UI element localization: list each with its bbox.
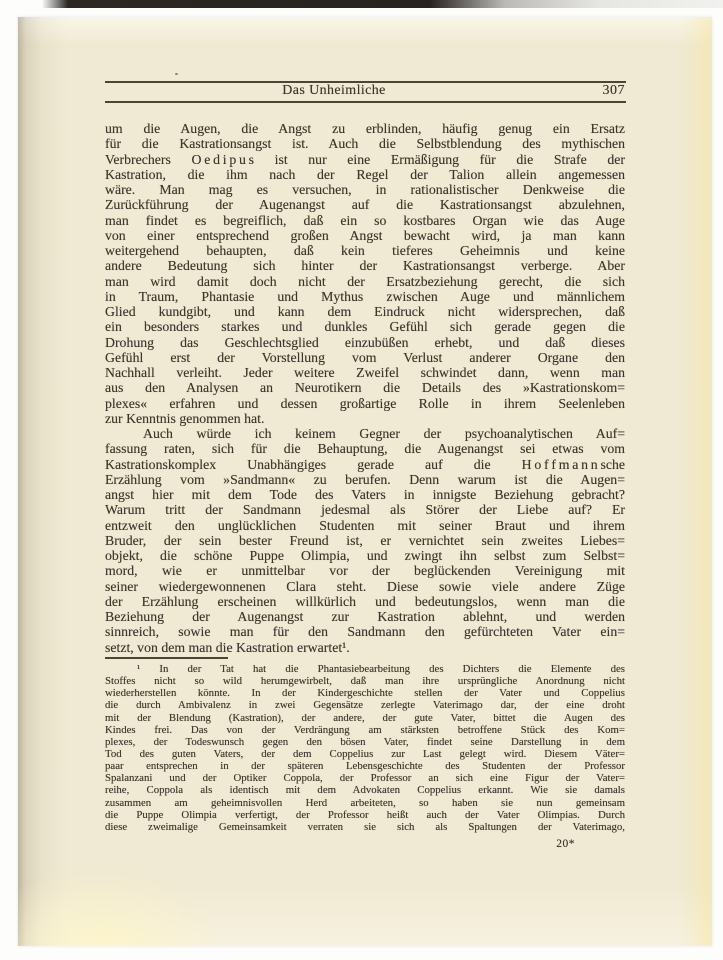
footnote-line: die durch Ambivalenz in zwei Gegensätze …: [105, 699, 625, 711]
footnote-line: Kindes frei. Das von der Verdrängung am …: [105, 724, 625, 736]
text-line: plexes« erfahren und dessen großartige R…: [105, 396, 625, 411]
footnote-separator: [105, 657, 228, 659]
text-line: Glied kundgibt, und kann dem Eindruck ni…: [105, 304, 625, 319]
text-line: Beziehung der Augenangst zur Kastration …: [105, 609, 625, 624]
page-sheet: Das Unheimliche 307 um die Augen, die An…: [18, 17, 712, 946]
text-line: Auch würde ich keinem Gegner der psychoa…: [105, 426, 625, 441]
text-line: seiner wiedergewonnenen Clara steht. Die…: [105, 579, 625, 594]
footnote-line: Tod des guten Vaters, der dem Coppelius …: [105, 748, 625, 760]
text-line: Erzählung vom »Sandmann« zu berufen. Den…: [105, 472, 625, 487]
text-line: Zurückführung der Augenangst auf die Kas…: [105, 197, 625, 212]
header-rule-bottom: [105, 101, 626, 103]
text-line: aus den Analysen an Neurotikern die Deta…: [105, 380, 625, 395]
scan-dark-edge: [0, 0, 723, 8]
text-line: mord, wie er unmittelbar vor der beglück…: [105, 563, 625, 578]
footnote-line: Stoffes nicht so wild herumgewirbelt, da…: [105, 675, 625, 687]
footnote-line: Spalanzani und der Optiker Coppola, der …: [105, 772, 625, 784]
text-line: zur Kenntnis genommen hat.: [105, 411, 625, 426]
text-line: weitergehend behaupten, daß kein tiefere…: [105, 243, 625, 258]
text-line: wäre. Man mag es versuchen, in rationali…: [105, 182, 625, 197]
footnote-line: mit der Blendung (Kastration), der ander…: [105, 712, 625, 724]
text-line: der Erzählung erscheinen willkürlich und…: [105, 594, 625, 609]
footnote-line: zusammen am geheimnisvollen Herd arbeite…: [105, 797, 625, 809]
footnote-line: diese zweimalige Gemeinsamkeit verraten …: [105, 821, 625, 833]
text-line: Kastration, die ihm nach der Regel der T…: [105, 167, 625, 182]
text-line: andere Bedeutung sich hinter der Kastrat…: [105, 258, 625, 273]
text-line: in Traum, Phantasie und Mythus zwischen …: [105, 289, 625, 304]
text-line: Warum tritt der Sandmann jedesmal als St…: [105, 502, 625, 517]
text-line: man findet es begreiflich, daß ein so ko…: [105, 213, 625, 228]
ink-speck: [585, 666, 587, 668]
text-line: objekt, die schöne Puppe Olimpia, und zw…: [105, 548, 625, 563]
text-line: Gefühl erst der Vorstellung vom Verlust …: [105, 350, 625, 365]
footnote-line: wiederherstellen könnte. In der Kinderge…: [105, 687, 625, 699]
text-line: sinnreich, sowie man für den Sandmann de…: [105, 624, 625, 639]
footnote-line: reihe, Coppola als identisch mit dem Adv…: [105, 784, 625, 796]
ink-speck: [402, 527, 404, 529]
footnote-line: ¹ In der Tat hat die Phantasiebearbeitun…: [105, 663, 625, 675]
text-line: von einer entsprechend großen Angst bewa…: [105, 228, 625, 243]
text-line: Drohung das Geschlechtsglied einzubüßen …: [105, 335, 625, 350]
page-number: 307: [105, 83, 625, 99]
text-line: für die Kastrationsangst ist. Auch die S…: [105, 136, 625, 151]
footnote-text: ¹ In der Tat hat die Phantasiebearbeitun…: [105, 663, 625, 833]
text-line: man wird damit doch nicht der Ersatzbezi…: [105, 274, 625, 289]
text-line: um die Augen, die Angst zu erblinden, hä…: [105, 121, 625, 136]
footnote-line: plexes, der Todeswunsch gegen den bösen …: [105, 736, 625, 748]
text-line: entzweit den unglücklichen Studenten mit…: [105, 518, 625, 533]
footnote-line: die Puppe Olimpia verfertigt, der Profes…: [105, 809, 625, 821]
text-line: Bruder, der sein bester Freund ist, er v…: [105, 533, 625, 548]
ink-speck: [175, 73, 178, 75]
footnote-line: paar entsprechen in der späteren Lebensg…: [105, 760, 625, 772]
signature-mark: 20*: [105, 838, 575, 850]
body-text: um die Augen, die Angst zu erblinden, hä…: [105, 121, 625, 655]
text-line: ein besonders starkes und dunkles Gefühl…: [105, 319, 625, 334]
text-line: fassung raten, sich für die Behauptung, …: [105, 441, 625, 456]
text-line: Verbrechers O e d i p u s ist nur eine E…: [105, 152, 625, 167]
text-line: Kastrationskomplex Unabhängiges gerade a…: [105, 457, 625, 472]
text-line: Nachhall verleiht. Jeder weitere Zweifel…: [105, 365, 625, 380]
text-line: setzt, von dem man die Kastration erwart…: [105, 640, 625, 655]
text-line: angst hier mit dem Tode des Vaters in in…: [105, 487, 625, 502]
